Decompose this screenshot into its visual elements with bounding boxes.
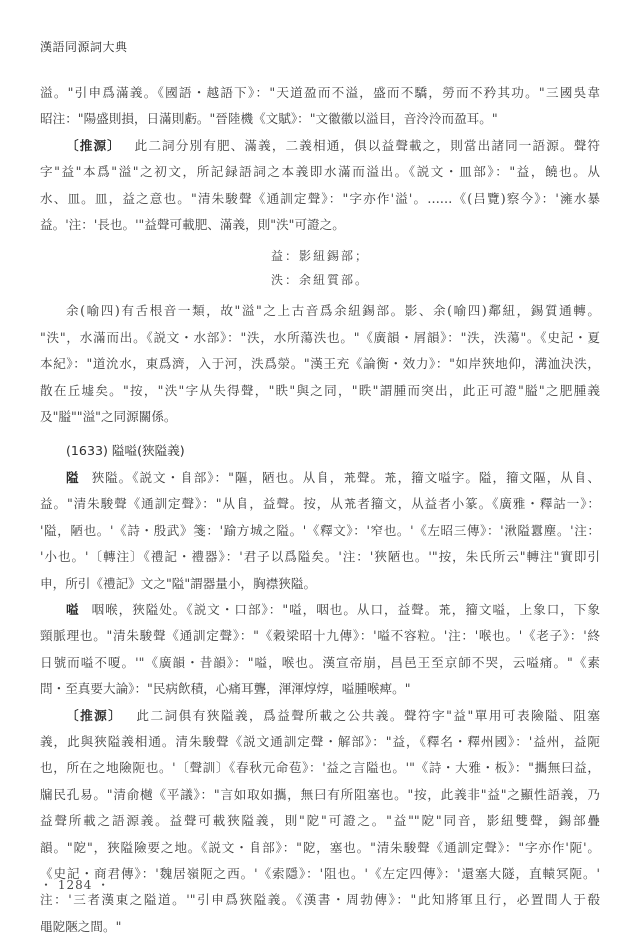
text-line: 及"膉""溢"之同源關係。 xyxy=(40,404,600,430)
tuiyuan-label: 〔推源〕 xyxy=(66,708,122,723)
word-entry-start: 隘狹隘。《説文・𨸏部》："䧢，陋也。从𨸏，𦬸聲。𦬸，籀文嗌字。隘，籀文䧢，从𨸏、 xyxy=(40,465,600,491)
text-line: 注：'三者漢東之隘道。'"引申爲狹隘義。《漢書・周勃傳》："此知將軍且行，必置間… xyxy=(40,887,600,913)
entry-title: 隘嗌(狹隘義) xyxy=(112,443,185,458)
word-entry-start: 嗌咽喉，狹隘处。《説文・口部》："嗌，咽也。从口，益聲。𦬸，籀文嗌，上象口，下象 xyxy=(40,597,600,623)
tuiyuan-label: 〔推源〕 xyxy=(66,138,121,153)
text-line: 溢。"引申爲滿義。《國語・越語下》："天道盈而不溢，盛而不驕，勞而不矜其功。"三… xyxy=(40,80,600,106)
text-line: 昭注："陽盛則損，日滿則虧。"晉陸機《文賦》："文徽徽以溢目，音泠泠而盈耳。" xyxy=(40,106,600,132)
spacer xyxy=(40,430,600,438)
tuiyuan-paragraph-start: 〔推源〕 此二詞俱有狹隘義，爲益聲所載之公共義。聲符字"益"單用可表險隘、阻塞 xyxy=(40,703,600,729)
text-line: 益聲所載之語源義。益聲可載狹隘義，則"阸"可證之。"益""阸"同音，影紐雙聲，錫… xyxy=(40,808,600,834)
tuiyuan-paragraph-start: 〔推源〕 此二詞分別有肥、滿義，二義相通，俱以益聲載之，則當出諸同一語源。聲符 xyxy=(40,133,600,159)
text-line: 字"益"本爲"溢"之初文，所記録語詞之本義即水滿而溢出。《説文・皿部》："益，饒… xyxy=(40,159,600,185)
phonology-line: 益：影紐錫部； xyxy=(40,244,600,268)
text-line: '小也。'〔轉注〕《禮記・禮器》：'君子以爲隘矣。'注：'狹陋也。'"按，朱氏所… xyxy=(40,544,600,570)
headword: 嗌 xyxy=(66,602,80,617)
text-line: 日號而嗌不嗄。'"《廣韻・昔韻》："嗌，喉也。漢宣帝崩，昌邑王至京師不哭，云嗌痛… xyxy=(40,650,600,676)
text-line: 申，所引《禮記》文之"隘"謂器量小，胸襟狹隘。 xyxy=(40,571,600,597)
text-fragment: 狹隘。《説文・𨸏部》："䧢，陋也。从𨸏，𦬸聲。𦬸，籀文嗌字。隘，籀文䧢，从𨸏、 xyxy=(92,470,600,485)
text-line: 本紀》："道沇水，東爲濟，入于河，泆爲滎。"漢王充《論衡・效力》："如岸狹地仰，… xyxy=(40,351,600,377)
text-line: 問・至真要大論》："民病飲積，心痛耳聾，渾渾焞焞，嗌腫喉痺。" xyxy=(40,676,600,702)
text-line: 散在丘墟矣。"按，"泆"字从失得聲，"眣"與之同，"眣"謂腫而突出，此正可證"膉… xyxy=(40,378,600,404)
entry-number: (1633) xyxy=(66,443,108,458)
entry-heading: (1633) 隘嗌(狹隘義) xyxy=(40,438,600,464)
page-number: ・ 1284 ・ xyxy=(40,876,110,893)
text-line: 益。'注：'長也。'"益聲可載肥、滿義，則"泆"可證之。 xyxy=(40,212,600,238)
text-line: 水、皿。皿，益之意也。"清朱駿聲《通訓定聲》："字亦作'溢'。……《(吕覽)察今… xyxy=(40,186,600,212)
text-line: 《史記・商君傳》：'魏居嶺阨之西。'《索隱》：'阻也。'《左定四傳》：'還塞大隧… xyxy=(40,861,600,887)
text-line: 黽阸陿之間。" xyxy=(40,914,600,935)
text-line: 也，所在之地險阨也。'〔聲訓〕《春秋元命苞》：'益之言隘也。'"《詩・大雅・板》… xyxy=(40,755,600,781)
text-line: 頸脈理也。"清朱駿聲《通訓定聲》："《穀梁昭十九傳》：'嗌不容粒。'注：'喉也。… xyxy=(40,623,600,649)
text-fragment: 咽喉，狹隘处。《説文・口部》："嗌，咽也。从口，益聲。𦬸，籀文嗌，上象口，下象 xyxy=(92,602,600,617)
text-fragment: 此二詞分別有肥、滿義，二義相通，俱以益聲載之，則當出諸同一語源。聲符 xyxy=(133,138,600,153)
headword: 隘 xyxy=(66,470,80,485)
text-line: 義，此與狹隘義相通。清朱駿聲《説文通訓定聲・解部》："益，《釋名・釋州國》：'益… xyxy=(40,729,600,755)
running-header-title: 漢語同源詞大典 xyxy=(40,38,128,55)
page-body: 溢。"引申爲滿義。《國語・越語下》："天道盈而不溢，盛而不驕，勞而不矜其功。"三… xyxy=(40,80,600,935)
text-fragment: 此二詞俱有狹隘義，爲益聲所載之公共義。聲符字"益"單用可表險隘、阻塞 xyxy=(135,708,600,723)
text-line: 余(喻四)有舌根音一類，故"溢"之上古音爲余紐錫部。影、余(喻四)鄰紐，錫質通轉… xyxy=(40,298,600,324)
text-line: "泆"，水滿而出。《説文・水部》："泆，水所蕩泆也。"《廣韻・屑韻》："泆，泆蕩… xyxy=(40,325,600,351)
text-line: '隘，陋也。'《詩・殷武》箋：'踰方城之隘。'《釋文》：'窄也。'《左昭三傳》：… xyxy=(40,518,600,544)
phonology-line: 泆：余紐質部。 xyxy=(40,268,600,292)
text-line: 牖民孔易。"清俞樾《平議》："言如取如攜，無曰有所阻塞也。"按，此義非"益"之顯… xyxy=(40,782,600,808)
text-line: 益。"清朱駿聲《通訓定聲》："从𨸏，益聲。按，从𦬸者籀文，从益者小篆。《廣雅・釋… xyxy=(40,491,600,517)
text-line: 韻。"阸"，狹隘險要之地。《説文・𨸏部》："阸，塞也。"清朱駿聲《通訓定聲》："… xyxy=(40,835,600,861)
